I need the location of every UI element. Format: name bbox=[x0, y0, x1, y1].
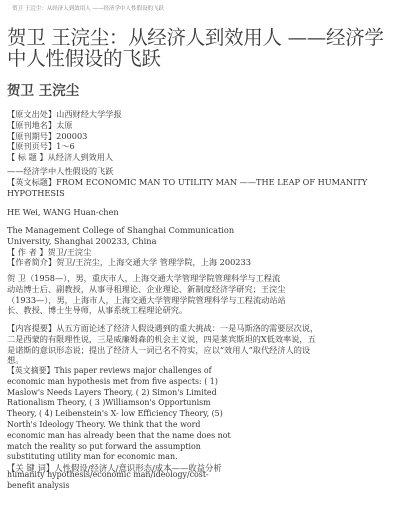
subtitle-block: ——经济学中人性假设的飞跃 【英文标题】FROM ECONOMIC MAN TO… bbox=[7, 166, 397, 198]
meta-issue: 【原刊期号】200003 bbox=[7, 131, 122, 142]
metadata-list: 【原文出处】山西财经大学学报 【原刊地名】太原 【原刊期号】200003 【原刊… bbox=[7, 109, 122, 163]
meta-title: 【 标 题 】从经济人到效用人 bbox=[7, 152, 122, 163]
meta-source: 【原文出处】山西财经大学学报 bbox=[7, 109, 122, 120]
meta-pages: 【原刊页号】1～6 bbox=[7, 141, 122, 152]
english-title: 【英文标题】FROM ECONOMIC MAN TO UTILITY MAN —… bbox=[7, 177, 397, 199]
english-authors: HE Wei, WANG Huan-chen bbox=[7, 207, 119, 218]
author-intro-field: 【作者简介】贺卫/王浣尘，上海交通大学 管理学院，上海 200233 bbox=[7, 257, 251, 268]
author-bio: 贺 卫（1958—），男，重庆市人，上海交通大学管理学院管理科学与工程流动站博士… bbox=[7, 273, 287, 316]
page-title: 贺卫 王浣尘：从经济人到效用人 ——经济学中人性假设的飞跃 bbox=[7, 27, 397, 69]
author-field: 【 作 者 】贺卫/王浣尘 bbox=[7, 247, 251, 258]
affiliation-line2: University, Shanghai 200233, China bbox=[7, 236, 251, 247]
abstract-english-block: 【英文摘要】This paper reviews major challenge… bbox=[7, 366, 237, 474]
keywords-english: humanity hypothesis/economic man/ideolog… bbox=[7, 470, 217, 492]
running-header: 贺卫 王浣尘：从经济人到效用人 ——经济学中人性假设的飞跃 bbox=[12, 4, 164, 12]
subtitle: ——经济学中人性假设的飞跃 bbox=[7, 166, 397, 177]
abstract-chinese: 【内容提要】从五方面论述了经济人假设遇到的重大挑战：一是马斯洛的需要层次说，二是… bbox=[7, 323, 322, 366]
affiliation-block: The Management College of Shanghai Commu… bbox=[7, 225, 251, 268]
abstract-english: 【英文摘要】This paper reviews major challenge… bbox=[7, 366, 237, 463]
meta-place: 【原刊地名】太原 bbox=[7, 120, 122, 131]
affiliation-line1: The Management College of Shanghai Commu… bbox=[7, 225, 251, 236]
authors-heading: 贺卫 王浣尘 bbox=[7, 79, 79, 99]
